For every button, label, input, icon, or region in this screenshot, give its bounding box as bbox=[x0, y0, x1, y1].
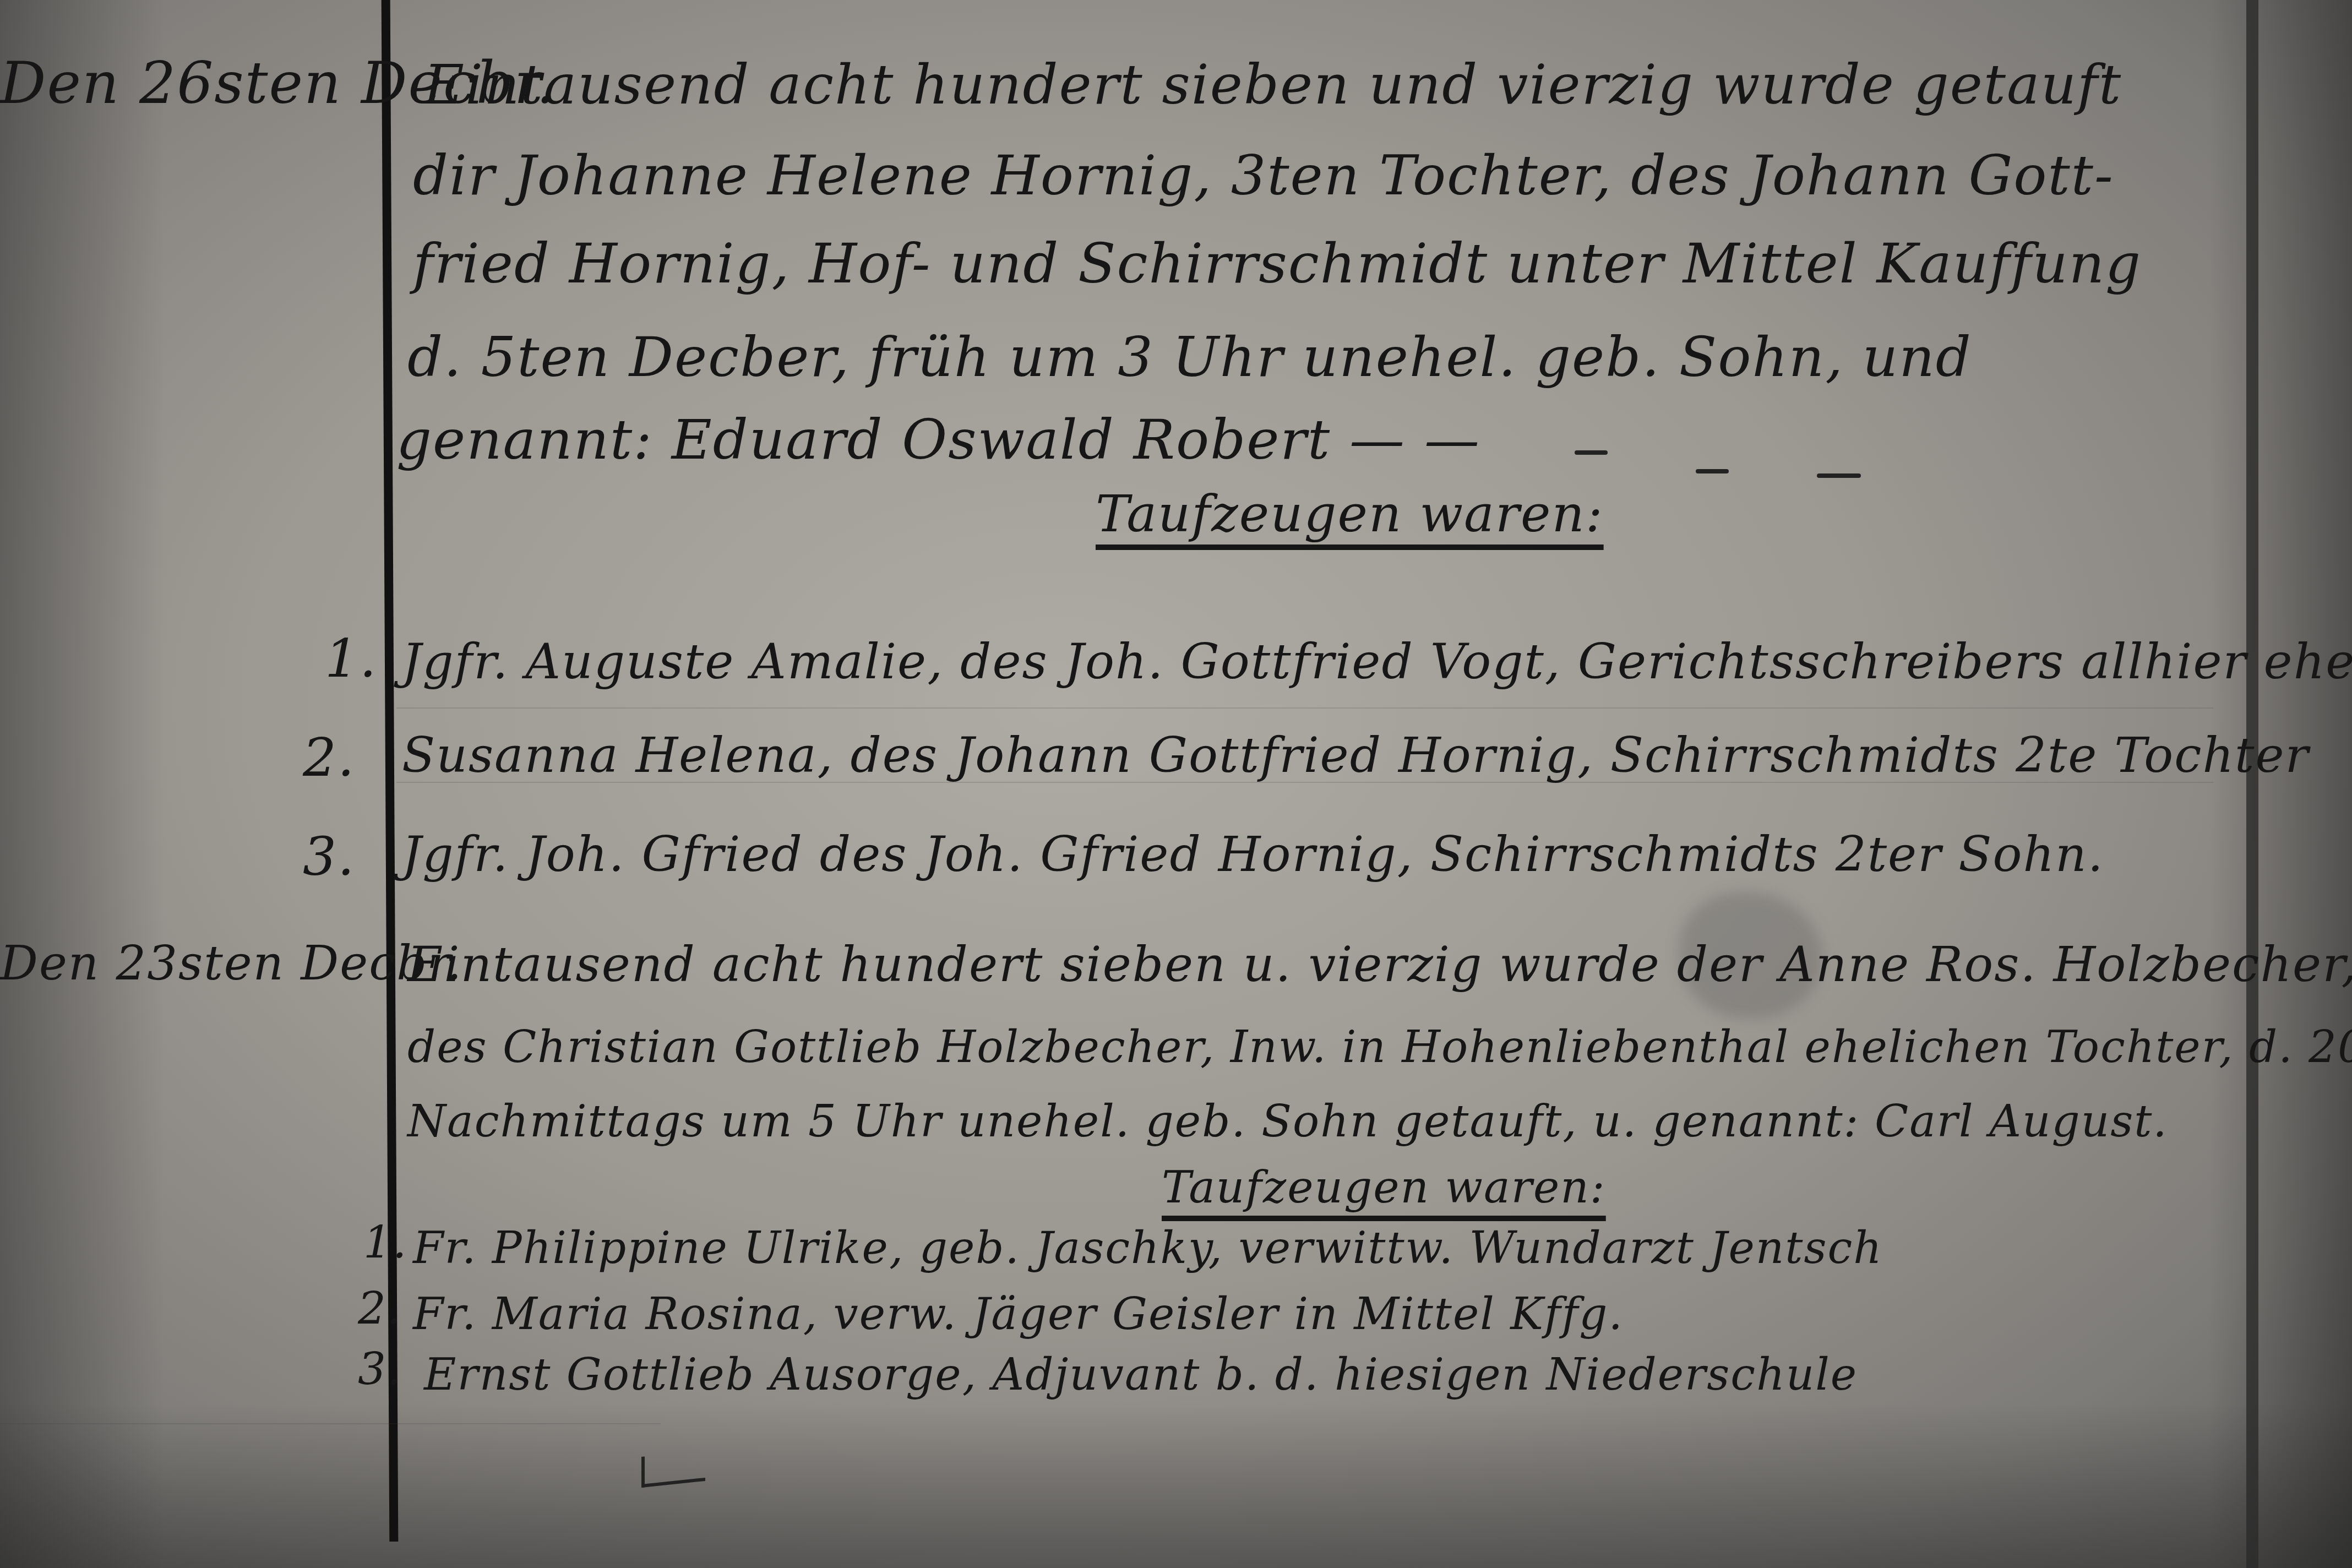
witness-number: 3. bbox=[303, 826, 356, 888]
witness-line: Ernst Gottlieb Ausorge, Adjuvant b. d. h… bbox=[424, 1349, 1858, 1400]
witness-number: 3. bbox=[358, 1343, 402, 1395]
witness-line: Fr. Philippine Ulrike, geb. Jaschky, ver… bbox=[413, 1222, 1883, 1273]
witness-number: 1. bbox=[325, 628, 378, 689]
witness-number: 1. bbox=[363, 1217, 407, 1268]
ruled-line bbox=[0, 1423, 661, 1424]
entry-text-line: d. 5ten Decber, früh um 3 Uhr unehel. ge… bbox=[407, 325, 1972, 389]
entry-text-line: Nachmittags um 5 Uhr unehel. geb. Sohn g… bbox=[407, 1096, 2168, 1147]
entry-text-line: Eintausend acht hundert sieben u. vierzi… bbox=[407, 936, 2352, 993]
right-binding-rule bbox=[2246, 0, 2258, 1568]
page-vignette-left bbox=[0, 0, 165, 1568]
entry-text-line: dir Johanne Helene Hornig, 3ten Tochter,… bbox=[413, 143, 2114, 208]
flourish-dash bbox=[1575, 450, 1608, 455]
flourish-dash bbox=[1696, 469, 1729, 473]
witness-number: 2. bbox=[303, 727, 356, 788]
page-vignette-bottom bbox=[0, 1403, 2352, 1568]
ruled-line bbox=[396, 707, 2213, 709]
entry-date: Den 23sten Decbr. bbox=[0, 936, 462, 991]
witness-line: Susanna Helena, des Johann Gottfried Hor… bbox=[402, 727, 2310, 783]
witness-heading: Taufzeugen waren: bbox=[1162, 1162, 1606, 1213]
entry-text-line: fried Hornig, Hof- und Schirrschmidt unt… bbox=[413, 231, 2142, 296]
witness-line: Jgfr. Joh. Gfried des Joh. Gfried Hornig… bbox=[402, 826, 2104, 883]
witness-number: 2. bbox=[358, 1283, 402, 1334]
witness-heading: Taufzeugen waren: bbox=[1096, 484, 1604, 543]
witness-line: Jgfr. Auguste Amalie, des Joh. Gottfried… bbox=[402, 633, 2352, 690]
entry-text-line: Eintausend acht hundert sieben und vierz… bbox=[424, 52, 2122, 117]
entry-text-line: genannt: Eduard Oswald Robert — — bbox=[396, 407, 1480, 472]
witness-line: Fr. Maria Rosina, verw. Jäger Geisler in… bbox=[413, 1288, 1624, 1340]
entry-text-line: des Christian Gottlieb Holzbecher, Inw. … bbox=[407, 1021, 2352, 1072]
page-vignette-right bbox=[2209, 0, 2352, 1568]
flourish-dash bbox=[1817, 473, 1861, 478]
